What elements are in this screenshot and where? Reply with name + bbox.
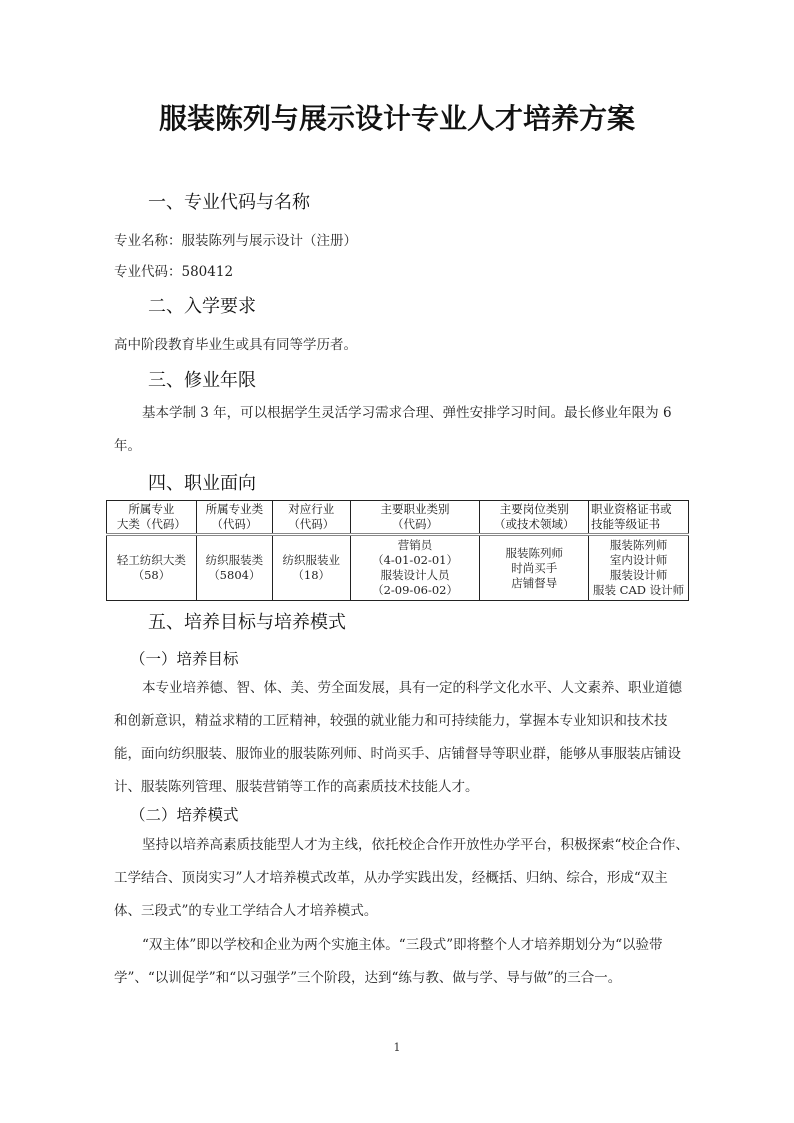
header-position: 主要岗位类别（或技术领域） — [480, 501, 589, 535]
section-heading-career-orientation: 四、职业面向 — [148, 469, 256, 495]
table-header-row: 所属专业大类（代码） 所属专业类（代码） 对应行业（代码） 主要职业类别（代码）… — [107, 501, 689, 535]
training-mode-text-1: 坚持以培养高素质技能型人才为主线，依托校企合作开放性办学平台，积极探索“校企合作… — [114, 829, 694, 928]
major-name-line: 专业名称：服装陈列与展示设计（注册） — [114, 229, 357, 249]
section-heading-major-code-name: 一、专业代码与名称 — [148, 188, 310, 214]
section-heading-admission: 二、入学要求 — [148, 292, 256, 318]
header-occupation: 主要职业类别（代码） — [350, 501, 480, 535]
header-certificate: 职业资格证书或技能等级证书 — [589, 501, 689, 535]
cell-major-category: 轻工纺织大类（58） — [107, 535, 197, 601]
cell-occupation: 营销员（4-01-02-01）服装设计人员（2-09-06-02） — [350, 535, 480, 601]
cell-certificate: 服装陈列师室内设计师服装设计师服装 CAD 设计师 — [589, 535, 689, 601]
subheading-training-goals: （一）培养目标 — [130, 647, 239, 669]
table-row: 轻工纺织大类（58） 纺织服装类（5804） 纺织服装业（18） 营销员（4-0… — [107, 535, 689, 601]
section-heading-training-goals-mode: 五、培养目标与培养模式 — [148, 608, 346, 634]
section-heading-duration: 三、修业年限 — [148, 366, 256, 392]
cell-major-class: 纺织服装类（5804） — [196, 535, 272, 601]
document-page: 服装陈列与展示设计专业人才培养方案 一、专业代码与名称 专业名称：服装陈列与展示… — [0, 0, 794, 1123]
major-code-line: 专业代码：580412 — [114, 260, 233, 280]
subheading-training-mode: （二）培养模式 — [130, 803, 239, 825]
page-number: 1 — [0, 1041, 794, 1054]
header-industry: 对应行业（代码） — [272, 501, 350, 535]
training-mode-text-2: “双主体”即以学校和企业为两个实施主体。“三段式”即将整个人才培养期划分为“以验… — [114, 929, 694, 995]
admission-text: 高中阶段教育毕业生或具有同等学历者。 — [114, 333, 357, 353]
header-major-category: 所属专业大类（代码） — [107, 501, 197, 535]
duration-text: 基本学制 3 年，可以根据学生灵活学习需求合理、弹性安排学习时间。最长修业年限为… — [114, 397, 694, 463]
document-title: 服装陈列与展示设计专业人才培养方案 — [0, 97, 794, 137]
header-major-class: 所属专业类（代码） — [196, 501, 272, 535]
training-goals-text: 本专业培养德、智、体、美、劳全面发展，具有一定的科学文化水平、人文素养、职业道德… — [114, 672, 694, 804]
career-orientation-table: 所属专业大类（代码） 所属专业类（代码） 对应行业（代码） 主要职业类别（代码）… — [106, 500, 689, 601]
cell-industry: 纺织服装业（18） — [272, 535, 350, 601]
cell-position: 服装陈列师时尚买手店铺督导 — [480, 535, 589, 601]
